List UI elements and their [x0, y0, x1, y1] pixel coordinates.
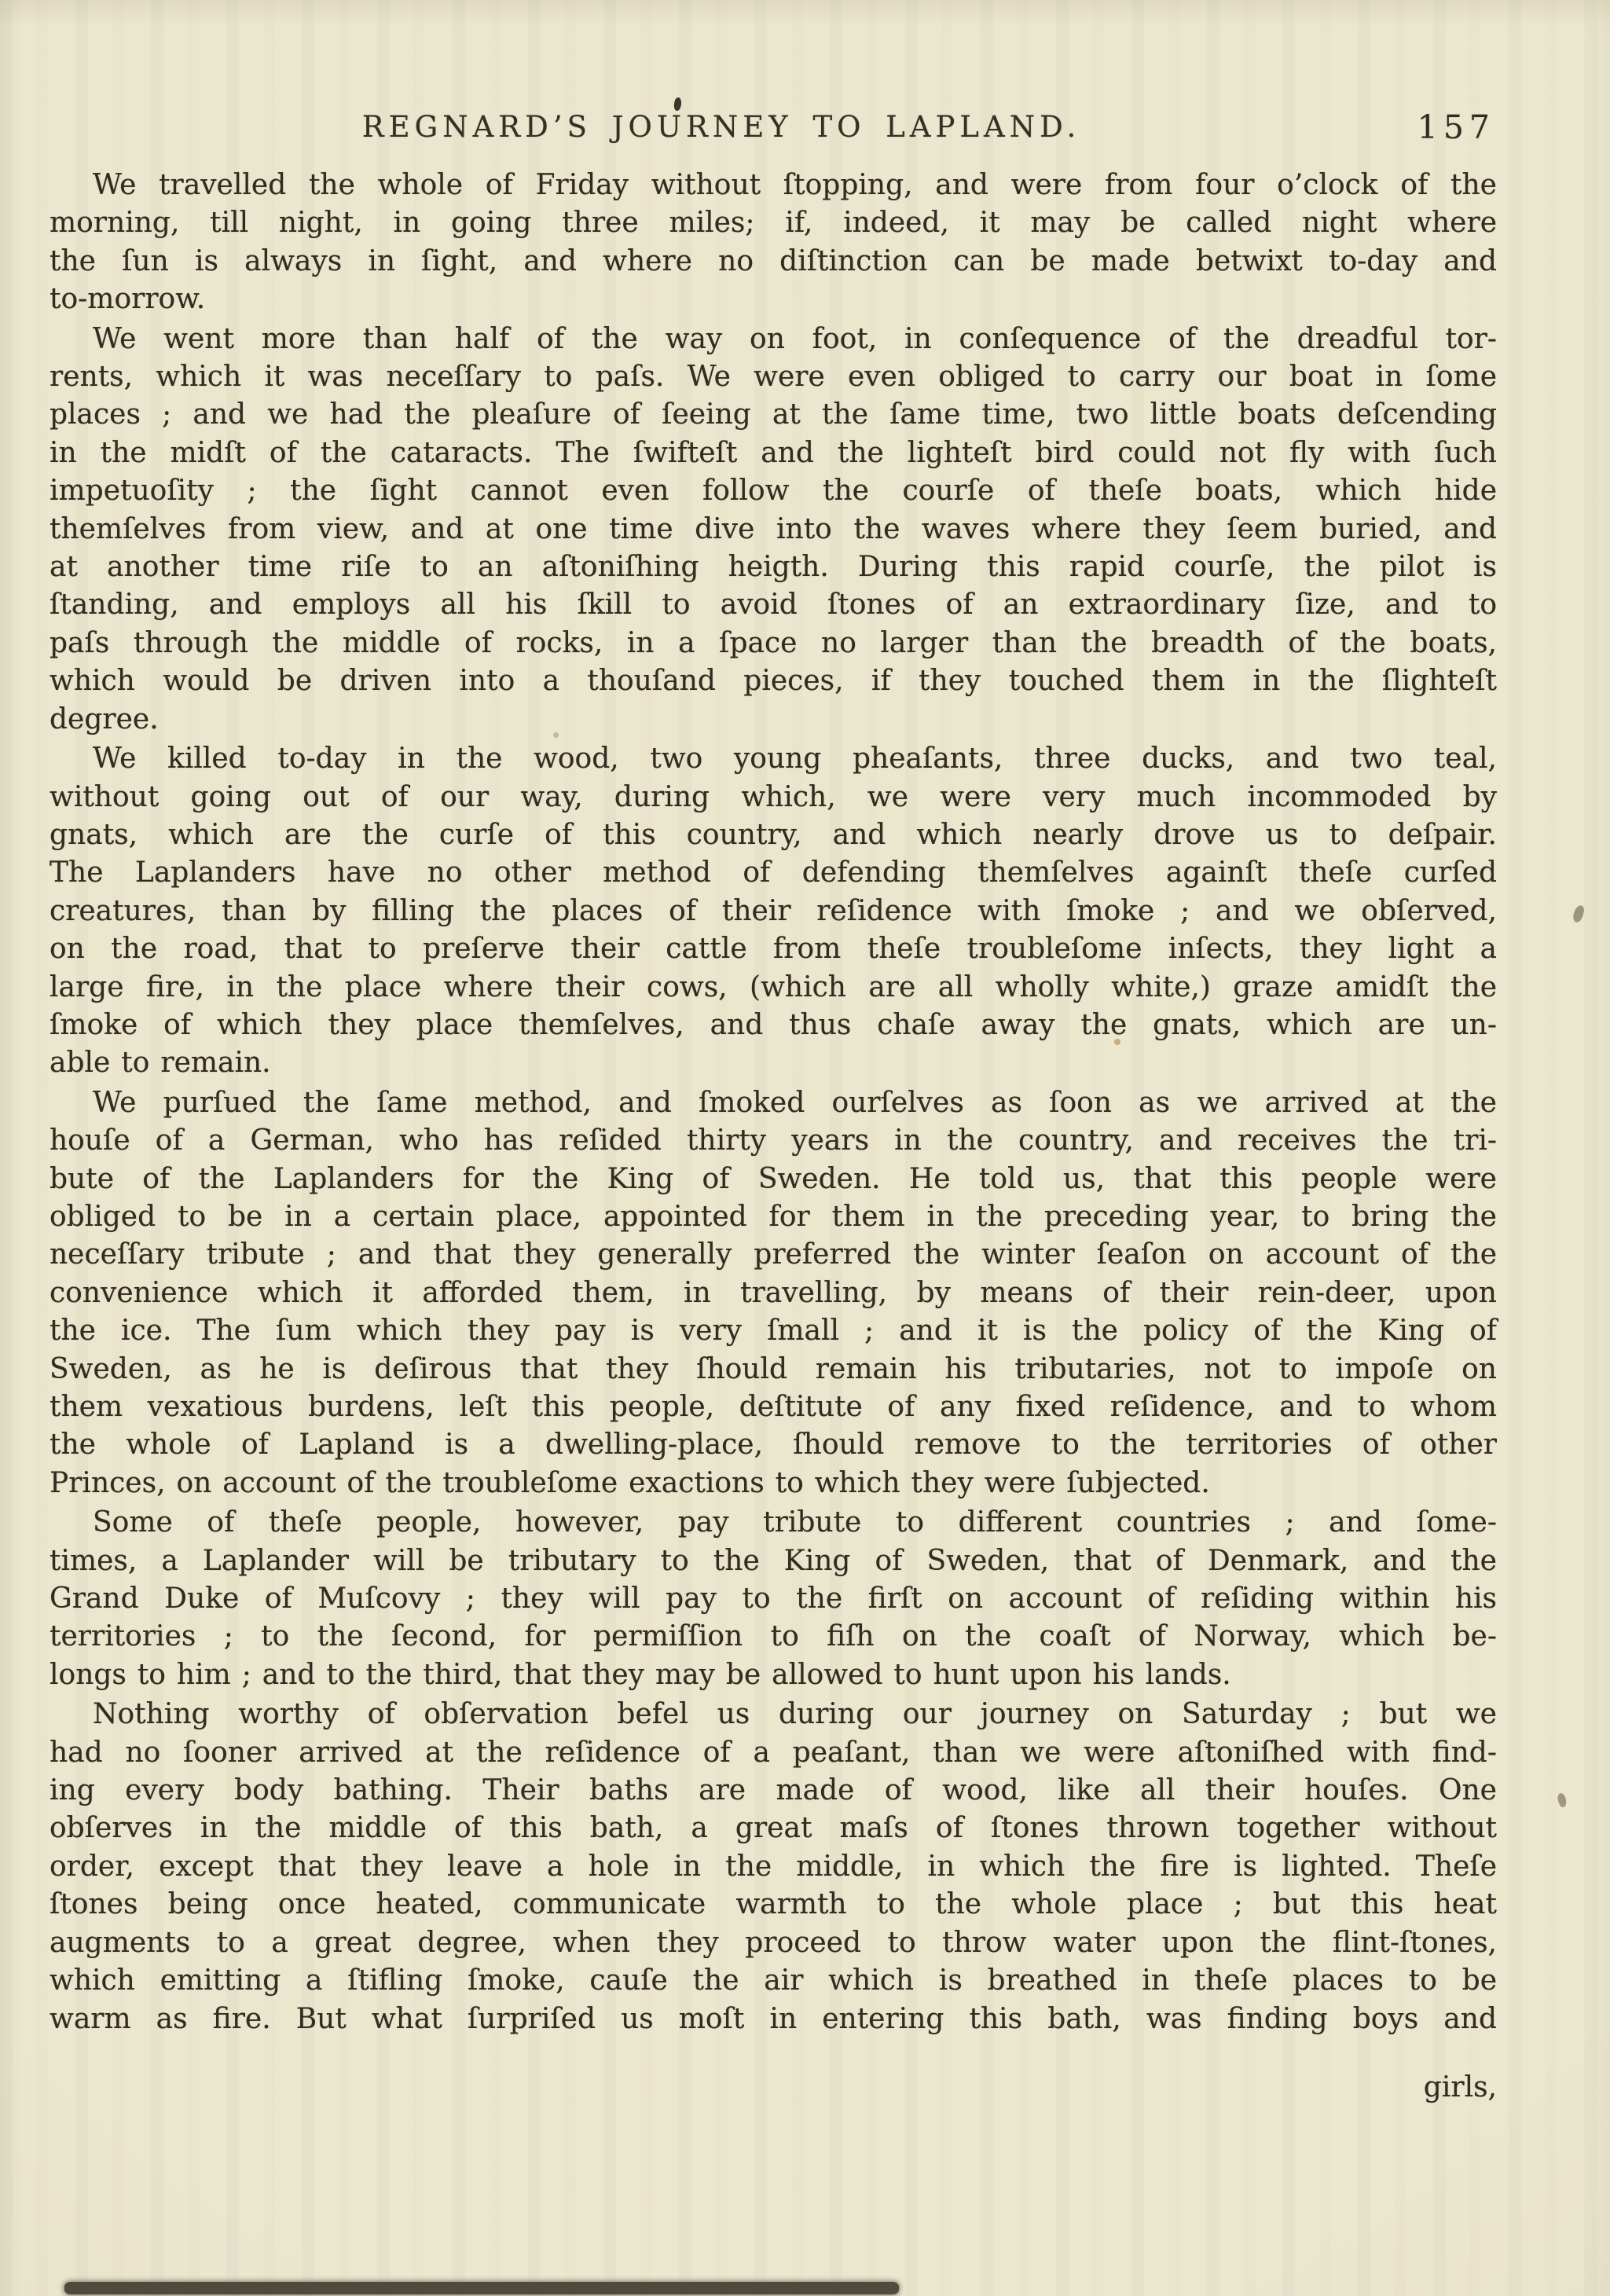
catchword: girls, [1424, 2071, 1497, 2103]
text-line: gnats, which are the curſe of this count… [50, 816, 1497, 854]
text-line: houſe of a German, who has reſided thirt… [50, 1122, 1497, 1160]
margin-mark [1572, 904, 1586, 923]
text-line: which emitting a ſtifling ſmoke, cauſe t… [50, 1962, 1497, 2000]
text-line: ſtones being once heated, communicate wa… [50, 1886, 1497, 1924]
text-line: ſmoke of which they place themſelves, an… [50, 1007, 1497, 1044]
text-line: ſtanding, and employs all his ſkill to a… [50, 586, 1497, 624]
text-line: in the midſt of the cataracts. The ſwift… [50, 435, 1497, 472]
paragraph: We purſued the ſame method, and ſmoked o… [50, 1084, 1497, 1502]
scan-edge-shadow [64, 2282, 899, 2294]
text-line: Princes, on account of the troubleſome e… [50, 1465, 1497, 1502]
text-line: the ſun is always in ſight, and where no… [50, 243, 1497, 281]
text-line: warm as fire. But what ſurpriſed us moſt… [50, 2001, 1497, 2038]
text-line: paſs through the middle of rocks, in a ſ… [50, 625, 1497, 662]
paragraph: We travelled the whole of Friday without… [50, 167, 1497, 319]
margin-mark [1556, 1792, 1568, 1808]
text-line: Grand Duke of Muſcovy ; they will pay to… [50, 1580, 1497, 1618]
page-body-text: We travelled the whole of Friday without… [50, 167, 1497, 2040]
text-line: degree. [50, 701, 1497, 739]
text-line: the ice. The ſum which they pay is very … [50, 1312, 1497, 1350]
text-line: which would be driven into a thouſand pi… [50, 662, 1497, 700]
text-line: themſelves from view, and at one time di… [50, 511, 1497, 548]
ink-fleck [673, 97, 682, 111]
text-line: large fire, in the place where their cow… [50, 969, 1497, 1007]
text-line: augments to a great degree, when they pr… [50, 1924, 1497, 1962]
page-number: 157 [1417, 108, 1495, 146]
text-line: rents, which it was neceſſary to paſs. W… [50, 358, 1497, 396]
text-line: territories ; to the ſecond, for permiſſ… [50, 1618, 1497, 1656]
text-line: neceſſary tribute ; and that they genera… [50, 1236, 1497, 1274]
paragraph: Some of theſe people, however, pay tribu… [50, 1504, 1497, 1694]
text-line: to-morrow. [50, 281, 1497, 318]
text-line: We went more than half of the way on foo… [50, 321, 1497, 358]
text-line: at another time riſe to an aſtoniſhing h… [50, 548, 1497, 586]
text-line: We travelled the whole of Friday without… [50, 167, 1497, 204]
text-line: convenience which it afforded them, in t… [50, 1275, 1497, 1312]
text-line: We purſued the ſame method, and ſmoked o… [50, 1084, 1497, 1122]
text-line: ing every body bathing. Their baths are … [50, 1772, 1497, 1810]
text-line: them vexatious burdens, leſt this people… [50, 1388, 1497, 1426]
running-head-title: REGNARD’S JOURNEY TO LAPLAND. [0, 110, 1445, 144]
text-line: the whole of Lapland is a dwelling-place… [50, 1426, 1497, 1464]
text-line: able to remain. [50, 1044, 1497, 1082]
text-line: creatures, than by filling the places of… [50, 893, 1497, 930]
page-header: REGNARD’S JOURNEY TO LAPLAND. 157 [50, 110, 1497, 151]
text-line: The Laplanders have no other method of d… [50, 854, 1497, 892]
text-line: impetuoſity ; the ſight cannot even foll… [50, 472, 1497, 510]
text-line: on the road, that to preſerve their catt… [50, 930, 1497, 968]
paragraph: We killed to-day in the wood, two young … [50, 740, 1497, 1083]
text-line: times, a Laplander will be tributary to … [50, 1542, 1497, 1580]
text-line: obliged to be in a certain place, appoin… [50, 1198, 1497, 1236]
text-line: Nothing worthy of obſervation befel us d… [50, 1696, 1497, 1733]
text-line: without going out of our way, during whi… [50, 779, 1497, 816]
paragraph: We went more than half of the way on foo… [50, 321, 1497, 739]
paragraph: Nothing worthy of obſervation befel us d… [50, 1696, 1497, 2038]
text-line: obſerves in the middle of this bath, a g… [50, 1810, 1497, 1847]
text-line: order, except that they leave a hole in … [50, 1848, 1497, 1886]
text-line: We killed to-day in the wood, two young … [50, 740, 1497, 778]
text-line: had no ſooner arrived at the reſidence o… [50, 1734, 1497, 1772]
text-line: bute of the Laplanders for the King of S… [50, 1161, 1497, 1198]
text-line: longs to him ; and to the third, that th… [50, 1656, 1497, 1694]
text-line: Sweden, as he is deſirous that they ſhou… [50, 1351, 1497, 1388]
text-line: Some of theſe people, however, pay tribu… [50, 1504, 1497, 1542]
text-line: places ; and we had the pleaſure of ſeei… [50, 396, 1497, 434]
text-line: morning, till night, in going three mile… [50, 204, 1497, 242]
